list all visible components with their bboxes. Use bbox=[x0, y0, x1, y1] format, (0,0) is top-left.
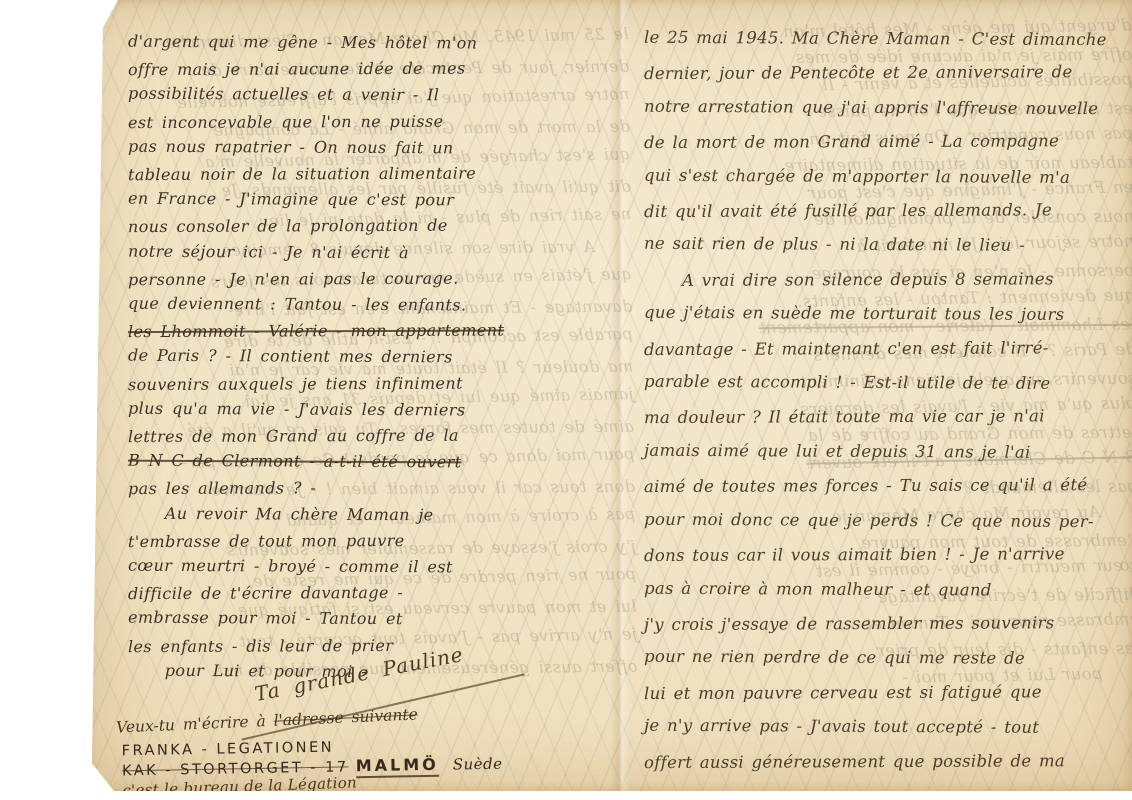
handwritten-line: t'embrasse de tout mon pauvre bbox=[128, 527, 633, 555]
handwritten-line: dernier, jour de Pentecôte et 2e anniver… bbox=[644, 55, 1132, 92]
handwritten-line: les enfants - dis leur de prier bbox=[128, 632, 633, 660]
postscript-struck-text: l'adresse suivante bbox=[273, 705, 418, 729]
handwritten-line: les Lhommoit - Valérie - mon appartement bbox=[128, 317, 633, 345]
handwritten-line: aimé de toutes mes forces - Tu sais ce q… bbox=[644, 468, 1132, 505]
handwritten-line: notre séjour ici - Je n'ai écrit à bbox=[128, 238, 633, 267]
handwritten-line: pour ne rien perdre de ce qui me reste d… bbox=[644, 640, 1132, 677]
handwritten-line: que j'étais en suède me torturait tous l… bbox=[644, 296, 1132, 333]
letter-page-left: le 25 mai 1945. Ma Chère Maman - C'est d… bbox=[128, 30, 633, 670]
letter-scan: le 25 mai 1945. Ma Chère Maman - C'est d… bbox=[0, 0, 1132, 800]
handwritten-line: d'argent qui me gêne - Mes hôtel m'on bbox=[128, 29, 633, 58]
handwritten-line: davantage - Et maintenant c'en est fait … bbox=[644, 331, 1132, 368]
handwritten-line: en France - J'imagine que c'est pour bbox=[128, 186, 633, 215]
handwritten-line: souvenirs auxquels je tiens infiniment bbox=[128, 370, 633, 398]
handwritten-line: notre arrestation que j'ai appris l'affr… bbox=[644, 90, 1132, 127]
handwritten-line: tableau noir de la situation alimentaire bbox=[128, 160, 633, 188]
handwritten-line: lui et mon pauvre cerveau est si fatigué… bbox=[644, 675, 1132, 712]
handwritten-line: lettres de mon Grand au coffre de la bbox=[128, 422, 633, 450]
handwritten-line: de Paris ? - Il contient mes derniers bbox=[128, 343, 633, 372]
handwritten-line: Au revoir Ma chère Maman je bbox=[128, 500, 633, 529]
handwritten-line: embrasse pour moi - Tantou et bbox=[128, 605, 633, 634]
handwritten-line: je n'y arrive pas - J'avais tout accepté… bbox=[644, 709, 1132, 746]
handwritten-lines-left: d'argent qui me gêne - Mes hôtel m'onoff… bbox=[128, 30, 633, 685]
handwritten-line: de la mort de mon Grand aimé - La compag… bbox=[644, 124, 1132, 161]
handwritten-line: dit qu'il avait été fusillé par les alle… bbox=[644, 193, 1132, 230]
handwritten-line: B N C de Clermont - a-t-il été ouvert bbox=[128, 448, 633, 477]
handwritten-line: difficile de t'écrire davantage - bbox=[128, 579, 633, 607]
handwritten-line: parable est accompli ! - Est-il utile de… bbox=[644, 365, 1132, 402]
handwritten-line: personne - Je n'en ai pas le courage. bbox=[128, 265, 633, 293]
handwritten-line: pour moi donc ce que je perds ! Ce que n… bbox=[644, 502, 1132, 539]
handwritten-line: le 25 mai 1945. Ma Chère Maman - C'est d… bbox=[644, 21, 1132, 58]
handwritten-line: pas les allemands ? - bbox=[128, 474, 633, 502]
handwritten-line: ma douleur ? Il était toute ma vie car j… bbox=[644, 399, 1132, 436]
letter-paper-sheet: le 25 mai 1945. Ma Chère Maman - C'est d… bbox=[88, 0, 1132, 791]
postscript-text: Veux-tu m'écrire à bbox=[116, 712, 274, 737]
handwritten-line: A vrai dire son silence depuis 8 semaine… bbox=[644, 262, 1132, 299]
handwritten-line: que deviennent : Tantou - les enfants. bbox=[128, 291, 633, 320]
handwritten-line: jamais aimé que lui et depuis 31 ans je … bbox=[644, 434, 1132, 471]
address-block: FRANKA - LEGATIONEN KAK - STORTORGET - 1… bbox=[122, 737, 503, 797]
handwritten-line: ne sait rien de plus - ni la date ni le … bbox=[644, 227, 1132, 264]
handwritten-line: possibilités actuelles et a venir - Il bbox=[128, 81, 633, 110]
handwritten-line: dons tous car il vous aimait bien ! - Je… bbox=[644, 537, 1132, 574]
handwritten-line: pas nous rapatrier - On nous fait un bbox=[128, 133, 633, 162]
handwritten-line: est inconcevable que l'on ne puisse bbox=[128, 108, 633, 136]
handwritten-line: offert aussi généreusement que possible … bbox=[644, 743, 1132, 780]
handwritten-line: pas à croire à mon malheur - et quand bbox=[644, 571, 1132, 608]
handwritten-lines-right: le 25 mai 1945. Ma Chère Maman - C'est d… bbox=[644, 22, 1132, 779]
handwritten-line: cœur meurtri - broyé - comme il est bbox=[128, 553, 633, 582]
handwritten-line: offre mais je n'ai aucune idée de mes bbox=[128, 55, 633, 83]
handwritten-line: plus qu'a ma vie - J'avais les derniers bbox=[128, 396, 633, 425]
handwritten-line: j'y crois j'essaye de rassembler mes sou… bbox=[644, 606, 1132, 643]
handwritten-line: qui s'est chargée de m'apporter la nouve… bbox=[644, 158, 1132, 195]
handwritten-line: nous consoler de la prolongation de bbox=[128, 212, 633, 240]
letter-page-right: d'argent qui me gêne - Mes hôtel m'onoff… bbox=[644, 22, 1132, 782]
